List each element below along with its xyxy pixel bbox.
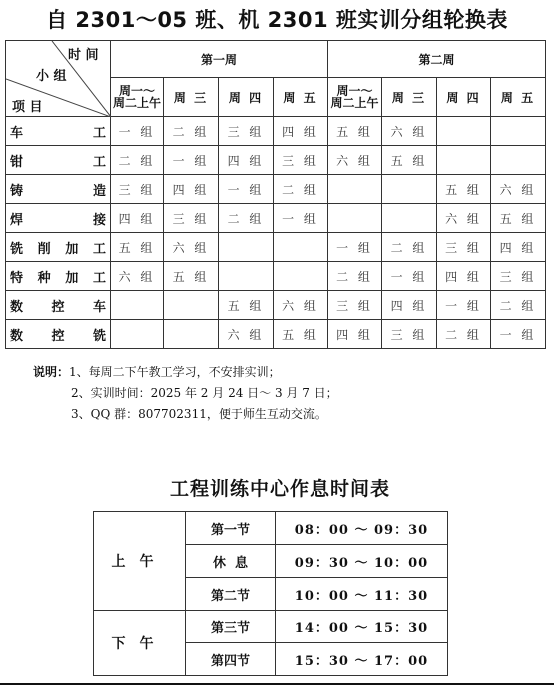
slot-name: 第三节 — [186, 611, 276, 643]
group-cell — [382, 204, 437, 233]
slot-time: 15：30 ～ 17：00 — [276, 643, 448, 676]
group-cell: 四 组 — [274, 117, 328, 146]
slot-name: 第一节 — [186, 512, 276, 545]
group-cell: 二 组 — [491, 291, 546, 320]
notes-label: 说明： — [33, 365, 69, 379]
group-cell: 三 组 — [491, 262, 546, 291]
group-cell — [491, 117, 546, 146]
group-cell: 五 组 — [274, 320, 328, 349]
group-cell: 五 组 — [328, 117, 382, 146]
project-name: 车工 — [6, 117, 111, 146]
group-cell: 三 组 — [382, 320, 437, 349]
group-cell — [164, 320, 219, 349]
day-header-fri: 周 五 — [491, 78, 546, 117]
group-cell: 五 组 — [491, 204, 546, 233]
corner-time-label: 时 间 — [68, 44, 99, 63]
slot-time: 10：00 ～ 11：30 — [276, 578, 448, 611]
day-header-mon-tue: 周一～周二上午 — [328, 78, 382, 117]
group-cell — [111, 291, 164, 320]
notes-section: 说明：1、每周二下午教工学习，不安排实训； 2、实训时间：2025 年 2 月 … — [33, 362, 338, 425]
group-cell: 一 组 — [111, 117, 164, 146]
table-row: 车工一 组二 组三 组四 组五 组六 组 — [6, 117, 546, 146]
project-name: 数控铣 — [6, 320, 111, 349]
week-2-header: 第二周 — [328, 41, 546, 78]
corner-group-label: 小 组 — [36, 65, 67, 84]
group-cell: 五 组 — [382, 146, 437, 175]
group-cell — [219, 233, 274, 262]
group-cell: 四 组 — [382, 291, 437, 320]
group-cell: 五 组 — [219, 291, 274, 320]
project-name: 焊接 — [6, 204, 111, 233]
page-bottom-rule — [0, 683, 554, 685]
group-cell: 五 组 — [164, 262, 219, 291]
table-row: 铸造三 组四 组一 组二 组五 组六 组 — [6, 175, 546, 204]
group-cell: 二 组 — [164, 117, 219, 146]
group-cell: 六 组 — [328, 146, 382, 175]
group-cell — [219, 262, 274, 291]
day-header-thu: 周 四 — [437, 78, 491, 117]
group-cell: 四 组 — [164, 175, 219, 204]
group-cell: 四 组 — [491, 233, 546, 262]
table-row: 数控铣六 组五 组四 组三 组二 组一 组 — [6, 320, 546, 349]
slot-name: 休 息 — [186, 545, 276, 578]
note-item: 2、实训时间：2025 年 2 月 24 日～ 3 月 7 日； — [33, 383, 338, 404]
day-header-fri: 周 五 — [274, 78, 328, 117]
group-cell: 四 组 — [437, 262, 491, 291]
day-header-wed: 周 三 — [382, 78, 437, 117]
group-cell: 一 组 — [164, 146, 219, 175]
group-cell: 二 组 — [111, 146, 164, 175]
slot-name: 第四节 — [186, 643, 276, 676]
day-header-wed: 周 三 — [164, 78, 219, 117]
table-row: 特种加工六 组五 组二 组一 组四 组三 组 — [6, 262, 546, 291]
corner-header: 时 间 小 组 项 目 — [6, 41, 111, 117]
group-cell — [274, 233, 328, 262]
group-cell: 六 组 — [111, 262, 164, 291]
project-name: 钳工 — [6, 146, 111, 175]
group-cell: 六 组 — [164, 233, 219, 262]
note-item: 1、每周二下午教工学习，不安排实训； — [69, 365, 281, 379]
group-cell: 五 组 — [111, 233, 164, 262]
group-cell: 四 组 — [219, 146, 274, 175]
group-cell: 六 组 — [491, 175, 546, 204]
group-cell: 三 组 — [274, 146, 328, 175]
week-1-header: 第一周 — [111, 41, 328, 78]
slot-time: 09：30 ～ 10：00 — [276, 545, 448, 578]
group-cell — [491, 146, 546, 175]
table-row: 铣削加工五 组六 组一 组二 组三 组四 组 — [6, 233, 546, 262]
slot-time: 14：00 ～ 15：30 — [276, 611, 448, 643]
table-row: 钳工二 组一 组四 组三 组六 组五 组 — [6, 146, 546, 175]
group-cell — [437, 146, 491, 175]
group-cell: 六 组 — [219, 320, 274, 349]
group-cell — [437, 117, 491, 146]
slot-name: 第二节 — [186, 578, 276, 611]
group-cell: 二 组 — [274, 175, 328, 204]
group-cell: 二 组 — [382, 233, 437, 262]
schedule-table: 上午 第一节 08：00 ～ 09：30 休 息 09：30 ～ 10：00 第… — [93, 511, 448, 676]
project-name: 数控车 — [6, 291, 111, 320]
group-cell: 一 组 — [437, 291, 491, 320]
group-cell: 一 组 — [491, 320, 546, 349]
group-cell — [111, 320, 164, 349]
group-cell: 二 组 — [437, 320, 491, 349]
group-cell — [274, 262, 328, 291]
group-cell — [164, 291, 219, 320]
table-row: 数控车五 组六 组三 组四 组一 组二 组 — [6, 291, 546, 320]
group-cell: 一 组 — [219, 175, 274, 204]
group-cell: 三 组 — [219, 117, 274, 146]
slot-time: 08：00 ～ 09：30 — [276, 512, 448, 545]
group-cell: 三 组 — [164, 204, 219, 233]
project-name: 铸造 — [6, 175, 111, 204]
group-cell: 一 组 — [274, 204, 328, 233]
group-cell: 一 组 — [328, 233, 382, 262]
group-cell: 三 组 — [328, 291, 382, 320]
day-header-thu: 周 四 — [219, 78, 274, 117]
group-cell: 六 组 — [274, 291, 328, 320]
group-cell: 三 组 — [437, 233, 491, 262]
group-cell: 四 组 — [111, 204, 164, 233]
group-cell: 六 组 — [382, 117, 437, 146]
group-cell: 四 组 — [328, 320, 382, 349]
project-name: 特种加工 — [6, 262, 111, 291]
note-item: 3、QQ 群：807702311，便于师生互动交流。 — [33, 404, 338, 425]
group-cell: 六 组 — [437, 204, 491, 233]
table-row: 焊接四 组三 组二 组一 组六 组五 组 — [6, 204, 546, 233]
rotation-table: 时 间 小 组 项 目 第一周 第二周 周一～周二上午 周 三 周 四 周 五 … — [5, 40, 546, 349]
corner-project-label: 项 目 — [12, 96, 43, 115]
day-header-mon-tue: 周一～周二上午 — [111, 78, 164, 117]
afternoon-label: 下午 — [94, 611, 186, 676]
morning-label: 上午 — [94, 512, 186, 611]
document-title: 自 2301～05 班、机 2301 班实训分组轮换表 — [0, 4, 554, 34]
group-cell: 二 组 — [219, 204, 274, 233]
group-cell: 三 组 — [111, 175, 164, 204]
group-cell: 一 组 — [382, 262, 437, 291]
project-name: 铣削加工 — [6, 233, 111, 262]
schedule-title: 工程训练中心作息时间表 — [80, 474, 480, 501]
group-cell: 二 组 — [328, 262, 382, 291]
group-cell — [382, 175, 437, 204]
group-cell — [328, 204, 382, 233]
group-cell — [328, 175, 382, 204]
group-cell: 五 组 — [437, 175, 491, 204]
